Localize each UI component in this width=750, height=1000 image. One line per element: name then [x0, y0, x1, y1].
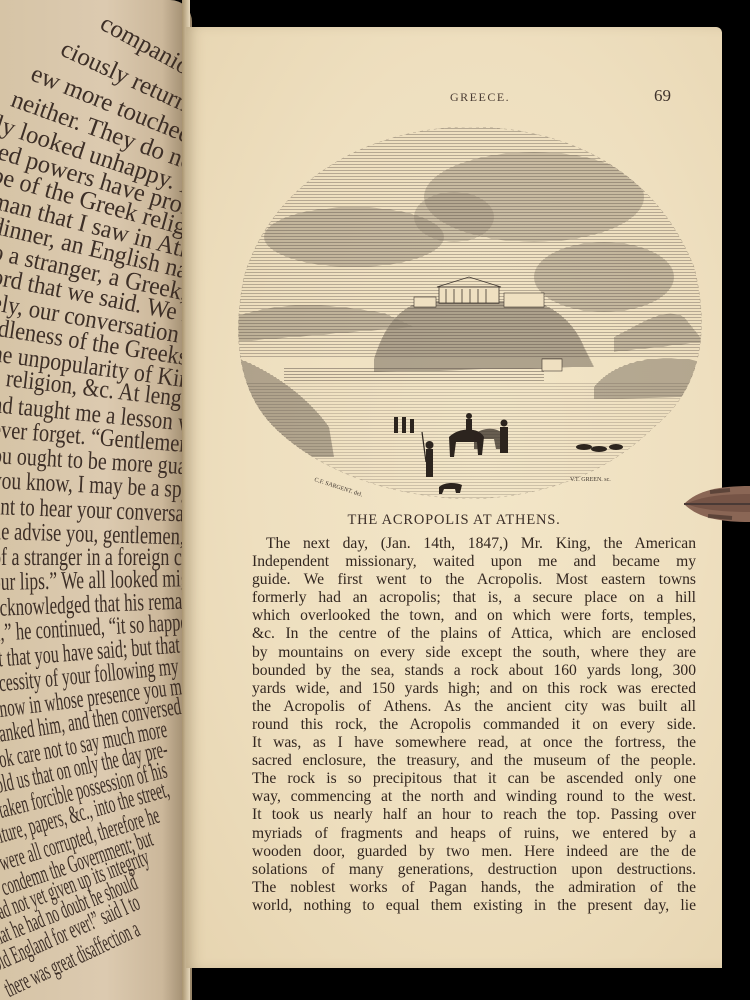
illustration-caption: THE ACROPOLIS AT ATHENS.: [186, 512, 722, 529]
body-line: formerly had an acropolis; that is, a se…: [252, 589, 696, 607]
body-line: Independent missionary, waited upon me a…: [252, 553, 696, 571]
running-head: GREECE. 69: [186, 90, 722, 110]
bookmark-tip: [680, 482, 750, 526]
body-line: sacred enclosure, the treasury, and the …: [252, 752, 696, 770]
body-line: yards wide, and 150 yards high; and on t…: [252, 680, 696, 698]
acropolis-engraving: C.F. SARGENT. del. V.T. GREEN. sc.: [234, 127, 704, 499]
running-title: GREECE.: [450, 90, 510, 105]
page-number: 69: [654, 86, 671, 106]
body-line: The noblest works of Pagan hands, the ad…: [252, 879, 696, 897]
body-line: which overlooked the town, and on which …: [252, 607, 696, 625]
body-line: wooden door, guarded by two men. Here in…: [252, 843, 696, 861]
body-text: The next day, (Jan. 14th, 1847,) Mr. Kin…: [252, 535, 696, 915]
body-line: It took us nearly half an hour to reach …: [252, 806, 696, 824]
body-line: &c. In the centre of the plains of Attic…: [252, 625, 696, 643]
body-line: myriads of fragments and heaps of ruins,…: [252, 825, 696, 843]
body-line: It was, as I have somewhere read, at onc…: [252, 734, 696, 752]
left-page: companion whomciously returnedew more to…: [0, 0, 192, 1000]
body-line: world, nothing to equal them existing in…: [252, 897, 696, 915]
body-line: bounded by the sea, stands a rock about …: [252, 662, 696, 680]
right-page: GREECE. 69: [186, 27, 722, 968]
body-line: solations of many generations, destructi…: [252, 861, 696, 879]
body-line: guide. We first went to the Acropolis. M…: [252, 571, 696, 589]
body-line: round this rock, the Acropolis commanded…: [252, 716, 696, 734]
body-line: the Acropolis of Athens. As the ancient …: [252, 698, 696, 716]
engraver-signature-right: V.T. GREEN. sc.: [570, 477, 611, 483]
engraver-signature-left: C.F. SARGENT. del.: [313, 477, 363, 498]
body-line: The next day, (Jan. 14th, 1847,) Mr. Kin…: [252, 535, 696, 553]
body-line: way, commencing at the north and winding…: [252, 788, 696, 806]
body-line: by mountains on every side except the so…: [252, 644, 696, 662]
body-line: The rock is so precipitous that it can b…: [252, 770, 696, 788]
